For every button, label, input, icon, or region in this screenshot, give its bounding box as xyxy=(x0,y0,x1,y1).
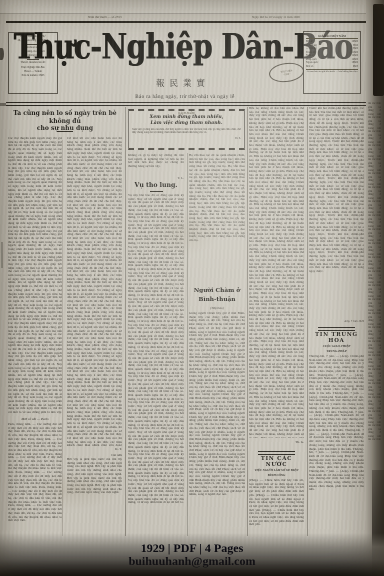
masthead-tagline: Báo ra hằng ngày, trừ thứ-nhật và ngày l… xyxy=(60,95,310,100)
left-article-headline: Ta cũng nên lo số ngày trên bè không đủ … xyxy=(8,110,122,133)
article-column-text: Bữa nọ không rõ hai bên nói nhau thế nào… xyxy=(249,107,304,438)
continuation-note: (Tiếp theo) xyxy=(189,306,245,310)
headline-ornament xyxy=(57,131,73,132)
masthead-title: Thực-Nghiệp Dân-Báo xyxy=(14,27,353,67)
article-signature: K. T. xyxy=(67,447,122,451)
info-box-line: Prix du numéro: 0$03 xyxy=(11,74,56,78)
masthead-bottom-rule xyxy=(6,102,366,106)
date-line: Ngày thứ ba 10 và ngày 11 Juin 1929 xyxy=(252,15,300,19)
article-column-text: Thượng-hải, 7 juin. — (Arip). Chính-phủ … xyxy=(309,355,364,536)
scan-ink-mark xyxy=(0,48,4,60)
article-headline: Bình-thuận xyxy=(189,297,245,303)
price-box-footer: Ai mua báo xin gửi tiền trước — báo khôn… xyxy=(306,69,358,74)
watermark-email: buihuuhanh@gmail.com xyxy=(0,555,384,568)
article-headline: Vụ tho lung. xyxy=(128,182,184,189)
column-rule xyxy=(125,107,126,536)
motto-line: Làm việc đừng tham nhanh. xyxy=(132,121,241,127)
price-value: 0$03 xyxy=(353,65,358,69)
article-headline: Người Chàm ở xyxy=(189,288,245,294)
paper-stain xyxy=(30,470,120,510)
section-rule xyxy=(258,451,295,455)
article-signature: T. L. xyxy=(128,176,184,180)
issue-note: Năm thứ mười — số 2553 xyxy=(88,15,122,19)
article-column-text: Cứ như lời các nhà buôn bán nói thì hàng… xyxy=(67,137,122,446)
motto-box: (CÁCH-NGÔN) Xem mình đừng tham nhiều, Là… xyxy=(128,109,245,150)
watermark-band: 1929 | PDF | 4 Pages buihuuhanh@gmail.co… xyxy=(0,533,384,576)
newspaper-page: Năm thứ mười — số 2553 Ngày thứ ba 10 và… xyxy=(0,0,384,576)
article-signature: Th. G. xyxy=(249,440,304,444)
scan-ink-blob xyxy=(373,4,384,96)
article-column-text: (Pháp). — Chiều hôm thứ bảy vừa rồi, bọn… xyxy=(249,479,304,536)
section-subhead: CUỘC GIAO-THIỆP xyxy=(309,344,364,348)
article-column-text: Giống người Chàm bây giờ ở tỉnh Bình-thu… xyxy=(189,312,245,536)
article-subhead: Mới về sắt — Paris xyxy=(8,417,62,421)
column-rule xyxy=(247,107,248,536)
price-row: Một số0$03 xyxy=(306,65,358,69)
section-rule xyxy=(318,327,355,331)
section-subhead: TRUNG-PHÁP xyxy=(309,349,364,353)
agency-note: Arip, 7 Juin 1929 xyxy=(309,320,364,323)
section-subhead: VIỆC NGƯỜI LÀM SỞ XE ĐIỆN xyxy=(249,468,304,472)
motto-signature: Đ. S. xyxy=(132,137,241,140)
article-column-text: Trước khi hai chính-phủ thương nghị, các… xyxy=(309,107,364,318)
headline-line: Ta cũng nên lo số ngày trên bè không đủ xyxy=(8,110,122,125)
adjacent-page-text: tin các tỉnh gần xa đăng ở trang nhì tin… xyxy=(368,102,381,442)
scan-top-edge xyxy=(0,0,384,14)
article-column-text: Không có gì lạ mấy: kỳ chừng thì trên lo… xyxy=(128,154,184,175)
scan-ink-mark xyxy=(0,103,6,106)
section-heading: TIN TRUNG HOA xyxy=(309,332,364,344)
paper-stain xyxy=(150,210,220,256)
subscription-price-box: GIÁ BÁO MỘT NĂM Bắc-kỳ10$00 — 6 tháng5$5… xyxy=(303,31,361,94)
section-subhead: ĐÌNH CÔNG xyxy=(249,473,304,477)
masthead-top-rule xyxy=(6,21,366,23)
price-label: Một số xyxy=(306,65,313,69)
headline-line: cho sự nhu dụng xyxy=(8,125,122,133)
section-heading: TIN CÁC NƯỚC xyxy=(249,456,304,468)
headline-ornament xyxy=(150,191,163,192)
column-rule xyxy=(307,107,308,536)
masthead-title-chinese: 報民業實 xyxy=(156,77,210,89)
continuation-note: Còn nữa xyxy=(67,453,122,457)
price-box-title: GIÁ BÁO MỘT NĂM xyxy=(306,34,358,40)
motto-note: Xem việc gì cũng nên cẩn-thận, chớ thấy … xyxy=(132,128,241,138)
article-column-text: Các thợ thuyền kinh ngạch may thì giá tr… xyxy=(8,137,62,415)
scan-ink-mark xyxy=(1,242,3,268)
